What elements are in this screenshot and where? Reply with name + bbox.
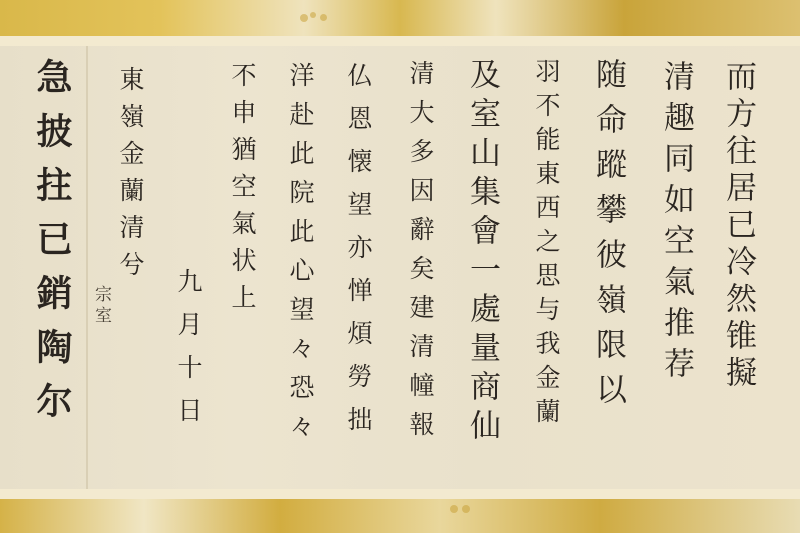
calligraphy-column-4: 羽不能東西之思与我金蘭 [534,58,559,432]
gold-fleck [462,505,470,513]
gold-fleck [300,14,308,22]
addressee-column: 東嶺金蘭清兮 [118,66,143,288]
gold-fleck [310,12,316,18]
mounting-strip-top [0,36,800,46]
signature-column: 宗室 [92,285,109,327]
gold-fleck [320,14,327,21]
calligraphy-column-6: 清大多因辭矣建清幢報 [408,60,433,450]
mounting-strip-bottom [0,489,800,499]
calligraphy-column-7: 仏恩懐望亦惮煩勞拙 [346,62,371,449]
calligraphy-column-5: 及室山集會一處量商仙 [466,58,497,448]
calligraphy-column-left: 急披拄已銷陶尔 [34,58,70,436]
gold-fleck [450,505,458,513]
calligraphy-column-9: 不申猶空氣状上 [230,62,255,321]
gold-brocade-bottom-border [0,499,800,533]
date-column: 九月十日 [176,268,201,440]
calligraphy-column-8: 洋赴此院此心望々恐々 [288,62,313,452]
calligraphy-column-2: 清趣同如空氣推荐 [660,60,691,388]
paper-seam [86,46,88,499]
calligraphy-column-3: 随命蹤攀彼嶺限以 [592,58,623,418]
gold-brocade-top-border [0,0,800,36]
calligraphy-column-1: 而方往居已冷然锥擬 [722,60,753,393]
